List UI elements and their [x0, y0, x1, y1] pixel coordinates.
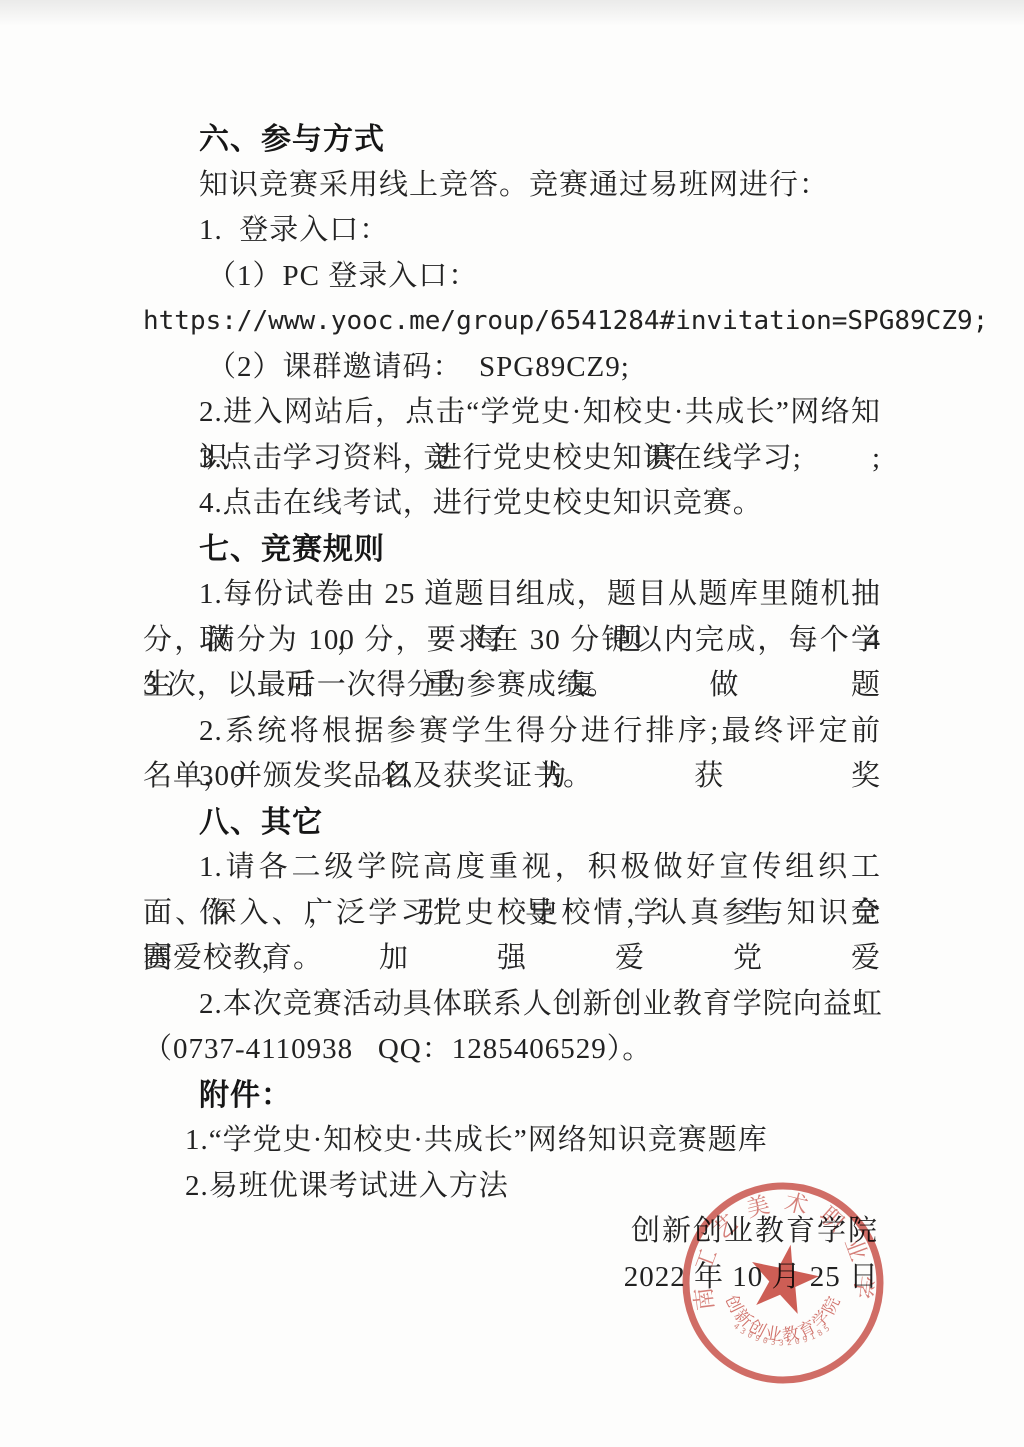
doc-line: 1. 登录入口： [143, 208, 881, 254]
doc-line: 3.点击学习资料，进行党史校史知识在线学习; [143, 436, 881, 482]
attachment-item-1: 1.“学党史·知校史·共成长”网络知识竞赛题库 [143, 1118, 881, 1164]
doc-line: （1）PC 登录入口： [143, 254, 881, 300]
doc-line: 2.系统将根据参赛学生得分进行排序;最终评定前 300 名为获奖 [143, 709, 881, 755]
contact-line: 2.本次竞赛活动具体联系人创新创业教育学院向益虹 [143, 982, 881, 1028]
doc-line: 2.进入网站后，点击“学党史·知校史·共成长”网络知识竞赛; [143, 390, 881, 436]
contact-phone-qq-line: （0737-4110938 QQ：1285406529）。 [143, 1027, 881, 1073]
invitation-code-line: （2）课群邀请码： SPG89CZ9; [143, 345, 881, 391]
doc-line: 1.每份试卷由 25 道题目组成，题目从题库里随机抽取，每题 4 [143, 572, 881, 618]
doc-line: 知识竞赛采用线上竞答。竞赛通过易班网进行： [143, 163, 881, 209]
doc-line: 1.请各二级学院高度重视，积极做好宣传组织工作，引导学生全 [143, 845, 881, 891]
doc-line: 分，满分为 100 分，要求在 30 分钟以内完成，每个学生可重复做题 [143, 618, 881, 664]
seal-inner-text-holder: 创新创业教育学院 [721, 1292, 844, 1345]
doc-line: 面、深入、广泛学习党史校史校情，认真参与知识竞赛，加强爱党爱 [143, 891, 881, 937]
official-red-seal: 湖南工艺美术职业学院 创新创业教育学院 4309033209185 [672, 1172, 894, 1394]
attachments-heading: 附件： [143, 1073, 881, 1119]
scanned-document-page: { "page": { "background": "#fdfdfc", "te… [0, 0, 1024, 1447]
scan-shading [0, 0, 1024, 26]
section-heading-6: 六、参与方式 [143, 117, 881, 163]
seal-inner-text: 创新创业教育学院 [721, 1292, 844, 1345]
document-body: 六、参与方式 知识竞赛采用线上竞答。竞赛通过易班网进行： 1. 登录入口： （1… [143, 117, 881, 1300]
section-heading-8: 八、其它 [143, 800, 881, 846]
seal-star-icon [743, 1238, 824, 1317]
competition-url: https://www.yooc.me/group/6541284#invita… [143, 299, 881, 345]
section-heading-7: 七、竞赛规则 [143, 527, 881, 573]
doc-line: 4.点击在线考试，进行党史校史知识竞赛。 [143, 481, 881, 527]
